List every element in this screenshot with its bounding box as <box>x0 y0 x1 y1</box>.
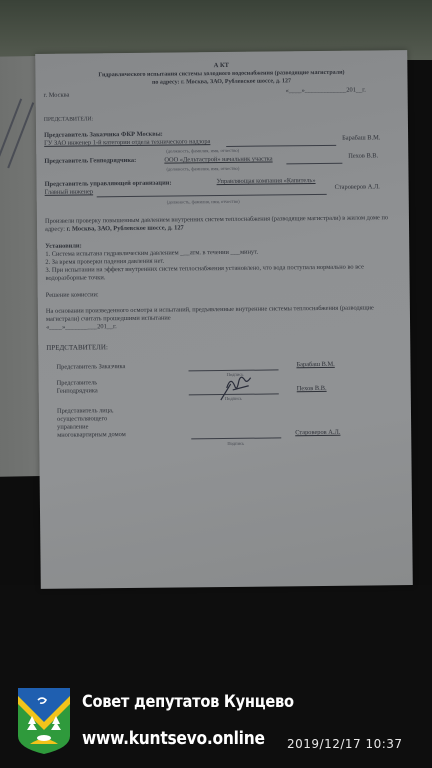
overlay-title: Совет депутатов Кунцево <box>82 692 294 712</box>
decision-text: На основании произведенного осмотра и ис… <box>46 304 376 323</box>
kuntsevo-coat-of-arms-icon <box>18 688 70 754</box>
signature-role-contractor-2: Генподрядчика <box>57 387 98 395</box>
contractor-rep-name: Пехов В.В. <box>348 152 378 160</box>
decision-header: Решение комиссии: <box>46 291 99 300</box>
handwriting-mark <box>7 102 34 168</box>
decision-date: «____»__________201__г. <box>46 323 117 332</box>
photo-timestamp: 2019/12/17 10:37 <box>287 737 403 751</box>
signature-role-management-4: многоквартирным домом <box>57 431 126 440</box>
representatives-header: ПРЕДСТАВИТЕЛИ: <box>44 115 93 124</box>
customer-rep-hint: (должность, фамилия, имя, отчество) <box>166 147 239 156</box>
watermark-overlay: Совет депутатов Кунцево www.kuntsevo.onl… <box>0 680 432 768</box>
underline <box>97 194 327 197</box>
handwritten-signature <box>217 370 255 402</box>
signatures-header: ПРЕДСТАВИТЕЛИ: <box>46 343 108 352</box>
management-rep-hint: (должность, фамилия, имя, отчество) <box>167 198 240 207</box>
contractor-rep-label: Представитель Генподрядчика: <box>44 157 136 166</box>
contractor-rep-hint: (должность, фамилия, имя, отчество) <box>166 165 239 174</box>
check-address: г. Москва, ЗАО, Рублевское шоссе, д. 127 <box>67 224 184 232</box>
management-rep-label: Представитель управляющей организации: <box>45 180 172 189</box>
signature-name-management: Староверов А.Л. <box>295 429 340 437</box>
management-rep-org: Управляющая компания «Капитель» <box>217 177 316 186</box>
signature-role-customer: Представитель Заказчика <box>56 363 125 372</box>
document-city: г. Москва <box>44 92 70 100</box>
overlay-site: www.kuntsevo.online <box>82 728 265 749</box>
signature-name-contractor: Пехов В.В. <box>297 385 327 393</box>
contractor-rep-position: ООО «Дельтастрой» начальник участка <box>164 155 272 164</box>
management-rep-name: Староверов А.Л. <box>335 183 380 191</box>
signature-name-customer: Барабаш В.М. <box>296 361 334 369</box>
document-date-blank: «____»_____________201__г. <box>286 87 366 96</box>
signature-role-management-2: осуществляющего <box>57 415 107 424</box>
check-paragraph: Произвели проверку повышенным давлением … <box>45 214 405 234</box>
management-rep-position: Главный инженер <box>45 188 94 197</box>
underline <box>286 163 342 165</box>
finding-3: 3. При испытании на эффект внутренних си… <box>45 263 403 283</box>
underline <box>226 145 336 147</box>
signature-caption: Подпись <box>227 440 244 448</box>
customer-rep-name: Барабаш В.М. <box>342 134 380 142</box>
document-sheet: А КТ Гидравлического испытания системы х… <box>35 50 413 589</box>
